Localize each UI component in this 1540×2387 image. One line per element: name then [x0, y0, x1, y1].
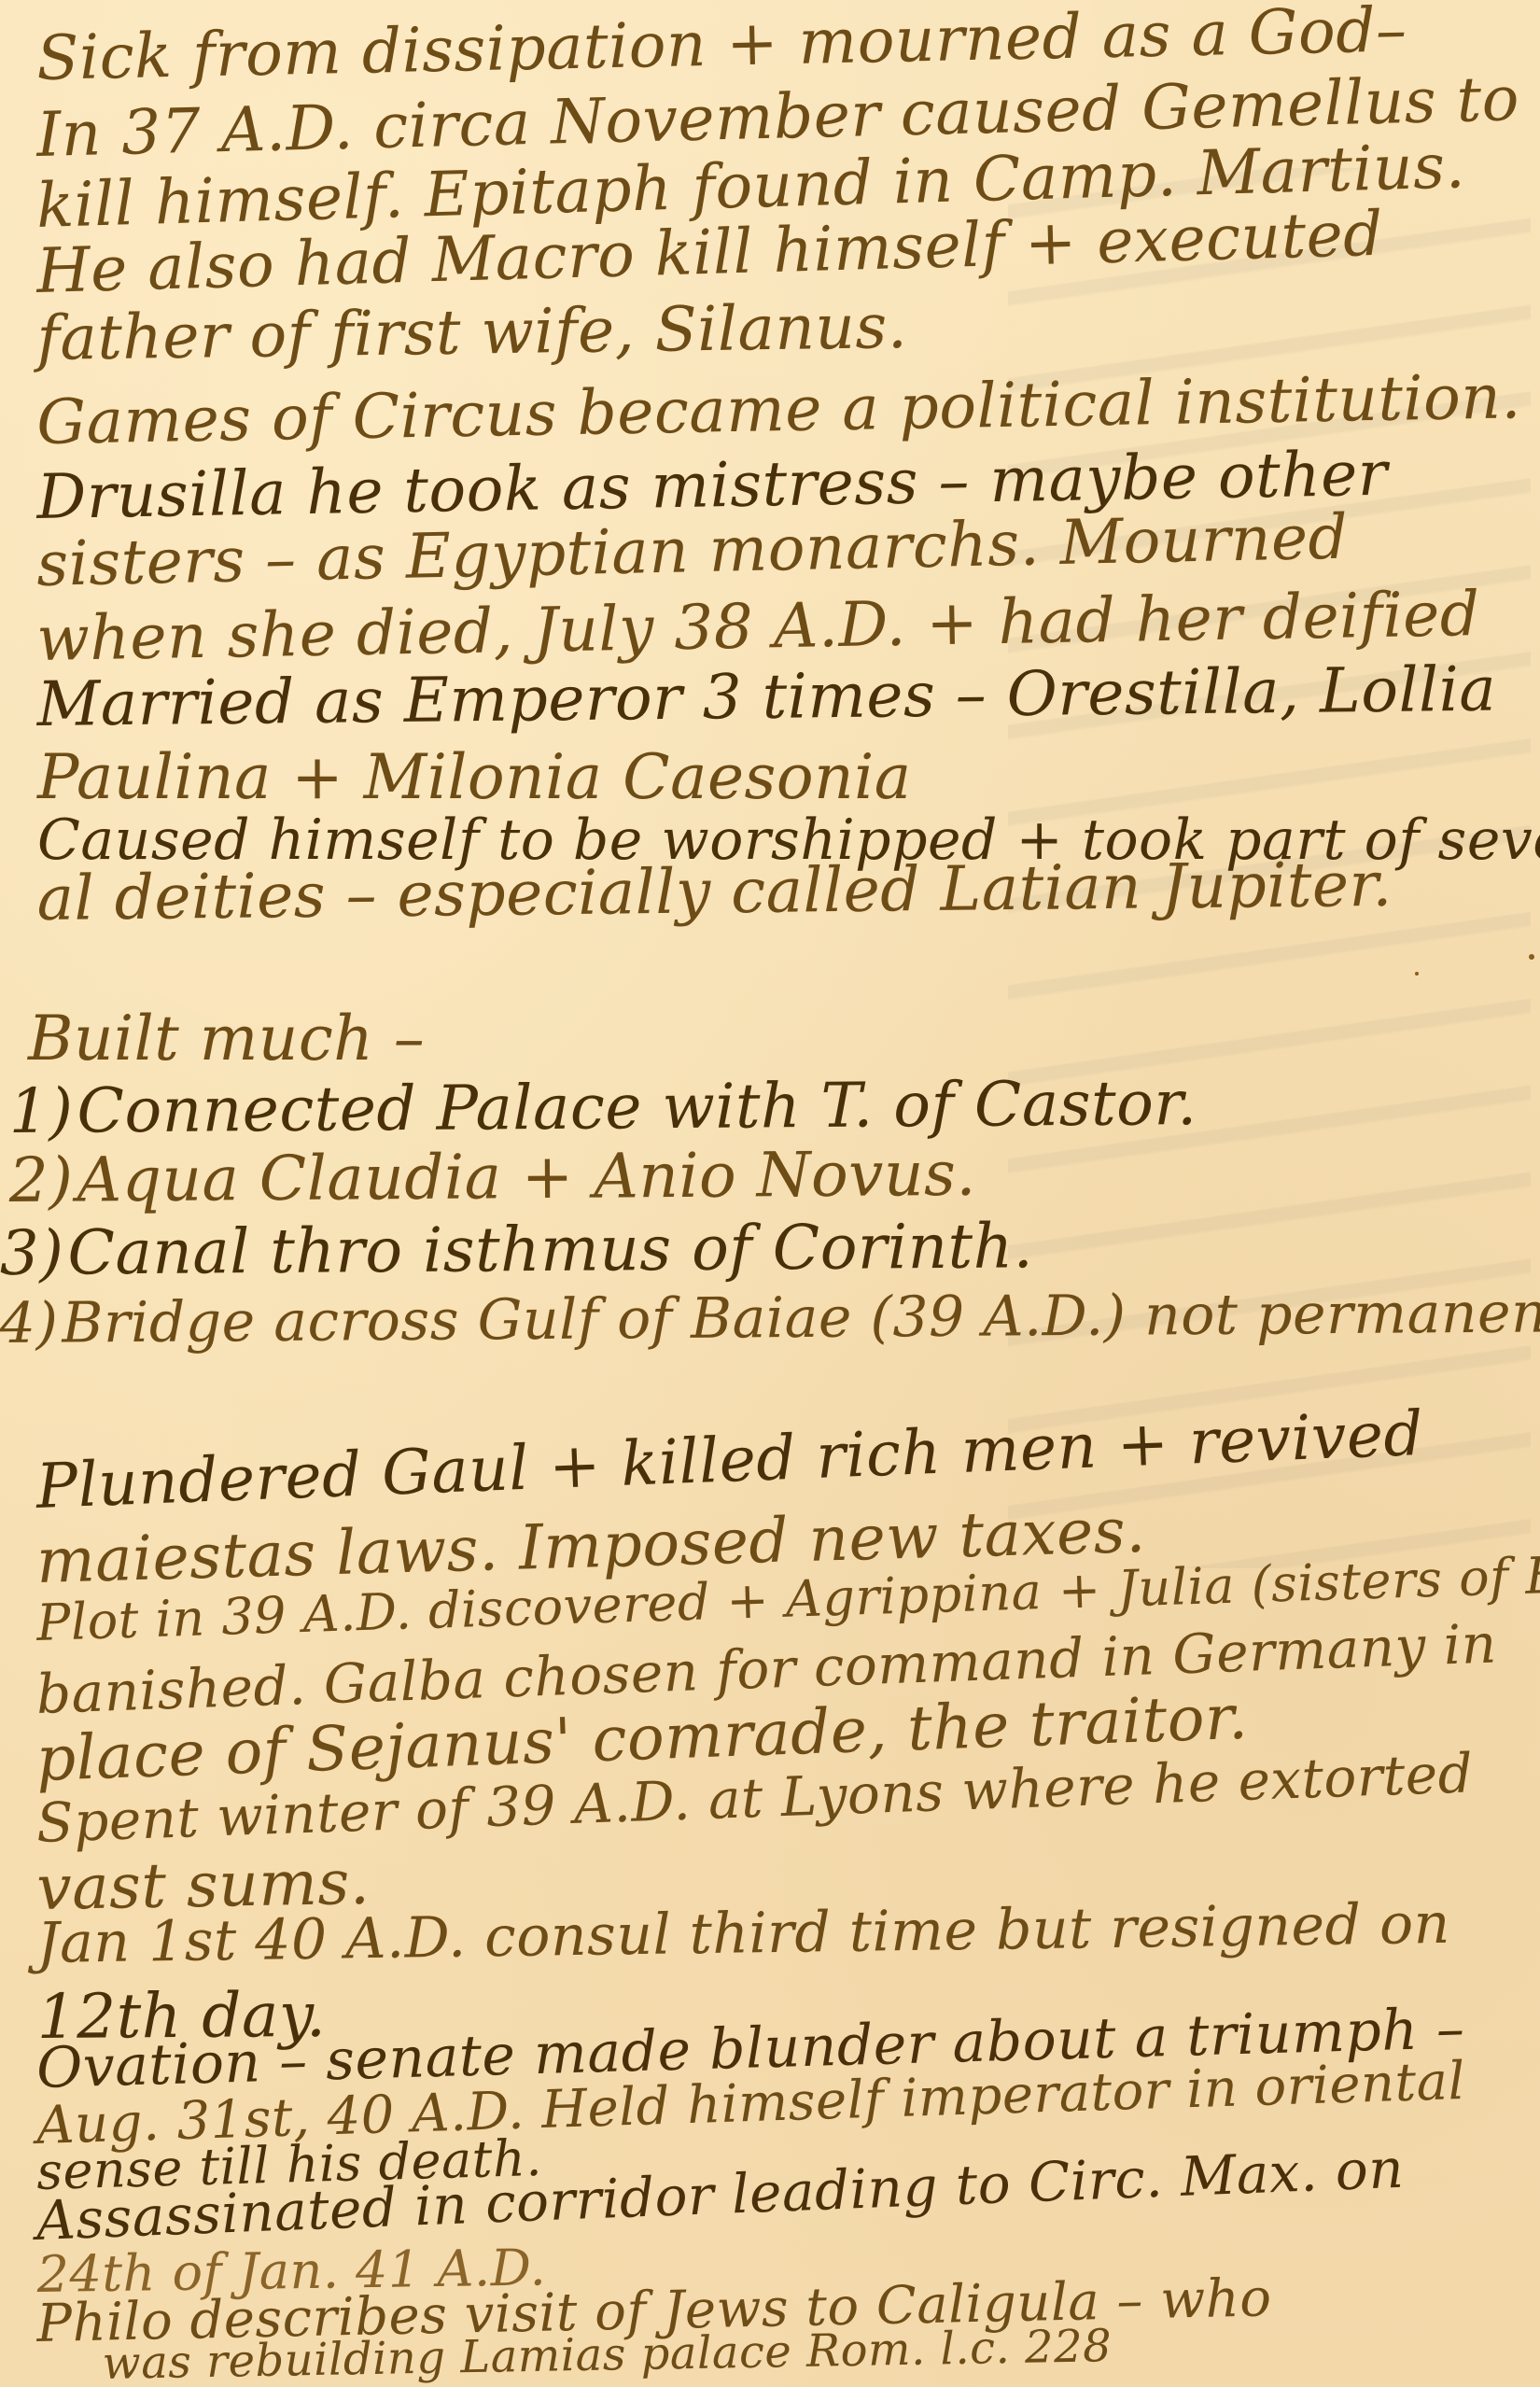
ink-speck: [1415, 972, 1419, 976]
list-text: Bridge across Gulf of Baiae (39 A.D.) no…: [62, 1280, 1540, 1355]
list-item: 2)Aqua Claudia + Anio Novus.: [9, 1144, 976, 1212]
ink-speck: [1529, 954, 1534, 960]
manuscript-page: Sick from dissipation + mourned as a God…: [0, 0, 1540, 2387]
text-line: Married as Emperor 3 times – Orestilla, …: [36, 659, 1496, 736]
list-number: 2): [9, 1150, 74, 1212]
text-line: father of first wife, Silanus.: [36, 296, 908, 370]
text-line: Paulina + Milonia Caesonia: [37, 747, 912, 808]
list-item: 4)Bridge across Gulf of Baiae (39 A.D.) …: [0, 1285, 1540, 1352]
list-number: 4): [0, 1296, 59, 1352]
list-item: 1)Connected Palace with T. of Castor.: [9, 1073, 1197, 1143]
text-line: al deities – especially called Latian Ju…: [36, 854, 1393, 930]
list-number: 1): [9, 1081, 74, 1143]
text-line: Jan 1st 40 A.D. consul third time but re…: [36, 1896, 1450, 1972]
list-text: Canal thro isthmus of Corinth.: [67, 1210, 1033, 1288]
list-item: 3)Canal thro isthmus of Corinth.: [0, 1215, 1033, 1285]
list-heading: Built much –: [28, 1008, 425, 1070]
list-text: Aqua Claudia + Anio Novus.: [77, 1138, 976, 1216]
text-line: Plundered Gaul + killed rich men + reviv…: [35, 1403, 1424, 1518]
list-text: Connected Palace with T. of Castor.: [77, 1067, 1197, 1146]
list-number: 3): [0, 1223, 64, 1285]
